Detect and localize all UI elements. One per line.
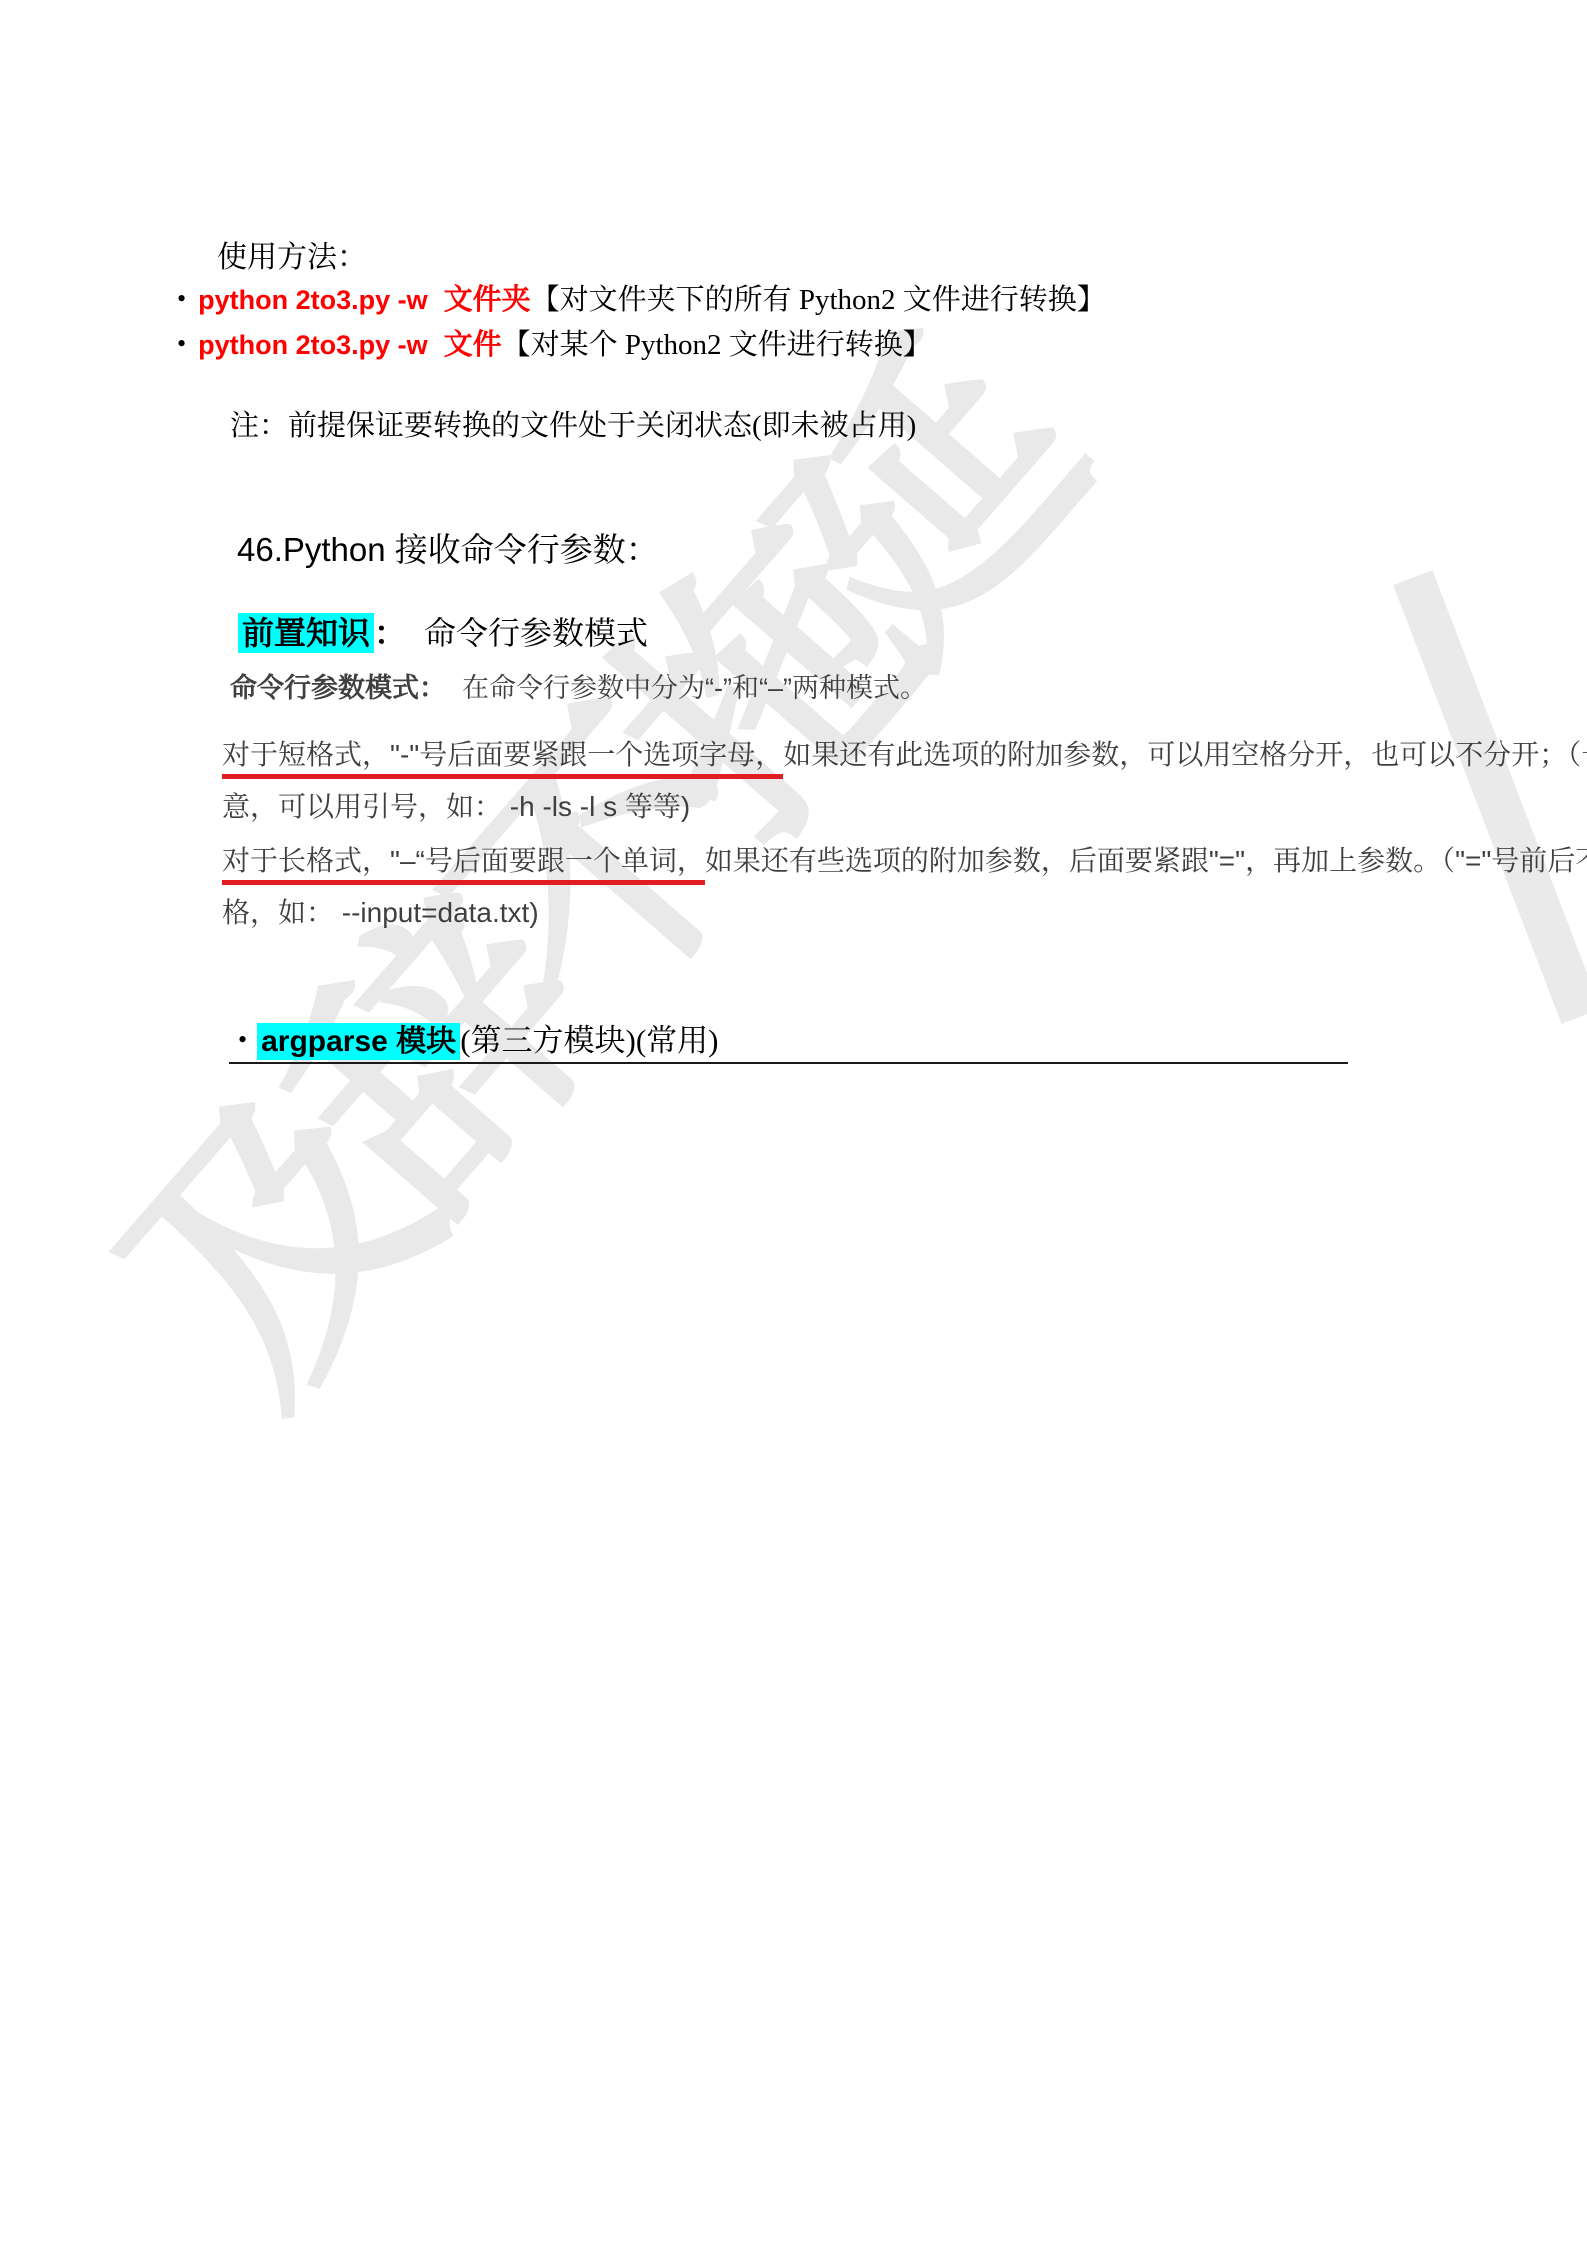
mode-term: 命令行参数模式： [230, 673, 446, 703]
long-format-line1: 对于长格式，"–“号后面要跟一个单词，如果还有些选项的附加参数，后面要紧跟"="… [222, 841, 1587, 881]
short-format-line2: 意，可以用引号，如： -h -ls -l s 等等) [222, 787, 690, 827]
prerequisite-topic: 命令行参数模式 [424, 615, 648, 651]
command-description: 【对某个 Python2 文件进行转换】 [502, 329, 932, 361]
short-format-line1: 对于短格式，"-"号后面要紧跟一个选项字母，如果还有此选项的附加参数，可以用空格… [222, 735, 1587, 775]
prerequisite-colon: ： [374, 615, 406, 651]
long-format-rest: 如果还有些选项的附加参数，后面要紧跟"="，再加上参数。（"="号前后不能有空 [705, 845, 1587, 876]
command-description: 【对文件夹下的所有 Python2 文件进行转换】 [531, 284, 1106, 316]
prerequisite-highlight: 前置知识 [238, 613, 374, 653]
command-bullet-folder: •python 2to3.py -w文件夹【对文件夹下的所有 Python2 文… [177, 277, 1106, 318]
watermark-stroke-fragment [1393, 570, 1587, 1024]
prerequisite-line: 前置知识：命令行参数模式 [238, 608, 648, 654]
note-text: 注：前提保证要转换的文件处于关闭状态(即未被占用) [230, 403, 916, 444]
bullet-dot-icon: • [177, 284, 186, 313]
command-bullet-file: •python 2to3.py -w文件【对某个 Python2 文件进行转换】 [177, 322, 932, 363]
command-text: python 2to3.py -w [198, 285, 428, 315]
mode-definition-line: 命令行参数模式：在命令行参数中分为“-”和“–”两种模式。 [230, 666, 927, 705]
usage-title: 使用方法： [217, 232, 367, 276]
argparse-highlight: argparse 模块 [257, 1023, 460, 1060]
document-page: 及辞不拖延 使用方法： •python 2to3.py -w文件夹【对文件夹下的… [0, 0, 1587, 2245]
command-argument: 文件 [444, 329, 502, 361]
divider-line [229, 1062, 1348, 1064]
long-format-line2: 格，如： --input=data.txt) [222, 893, 539, 933]
bullet-dot-icon: • [177, 329, 186, 358]
command-argument: 文件夹 [444, 284, 531, 316]
bullet-dot-icon: • [238, 1025, 247, 1054]
short-format-underlined: 对于短格式，"-"号后面要紧跟一个选项字母， [222, 739, 783, 779]
section-title: 46.Python 接收命令行参数： [237, 524, 659, 571]
short-format-rest: 如果还有此选项的附加参数，可以用空格分开，也可以不分开；（长度任 [783, 739, 1587, 770]
command-text: python 2to3.py -w [198, 330, 428, 360]
argparse-suffix: (第三方模块)(常用) [460, 1023, 718, 1058]
long-format-underlined: 对于长格式，"–“号后面要跟一个单词， [222, 845, 705, 885]
argparse-bullet-line: •argparse 模块(第三方模块)(常用) [238, 1015, 718, 1060]
mode-definition: 在命令行参数中分为“-”和“–”两种模式。 [462, 673, 927, 703]
